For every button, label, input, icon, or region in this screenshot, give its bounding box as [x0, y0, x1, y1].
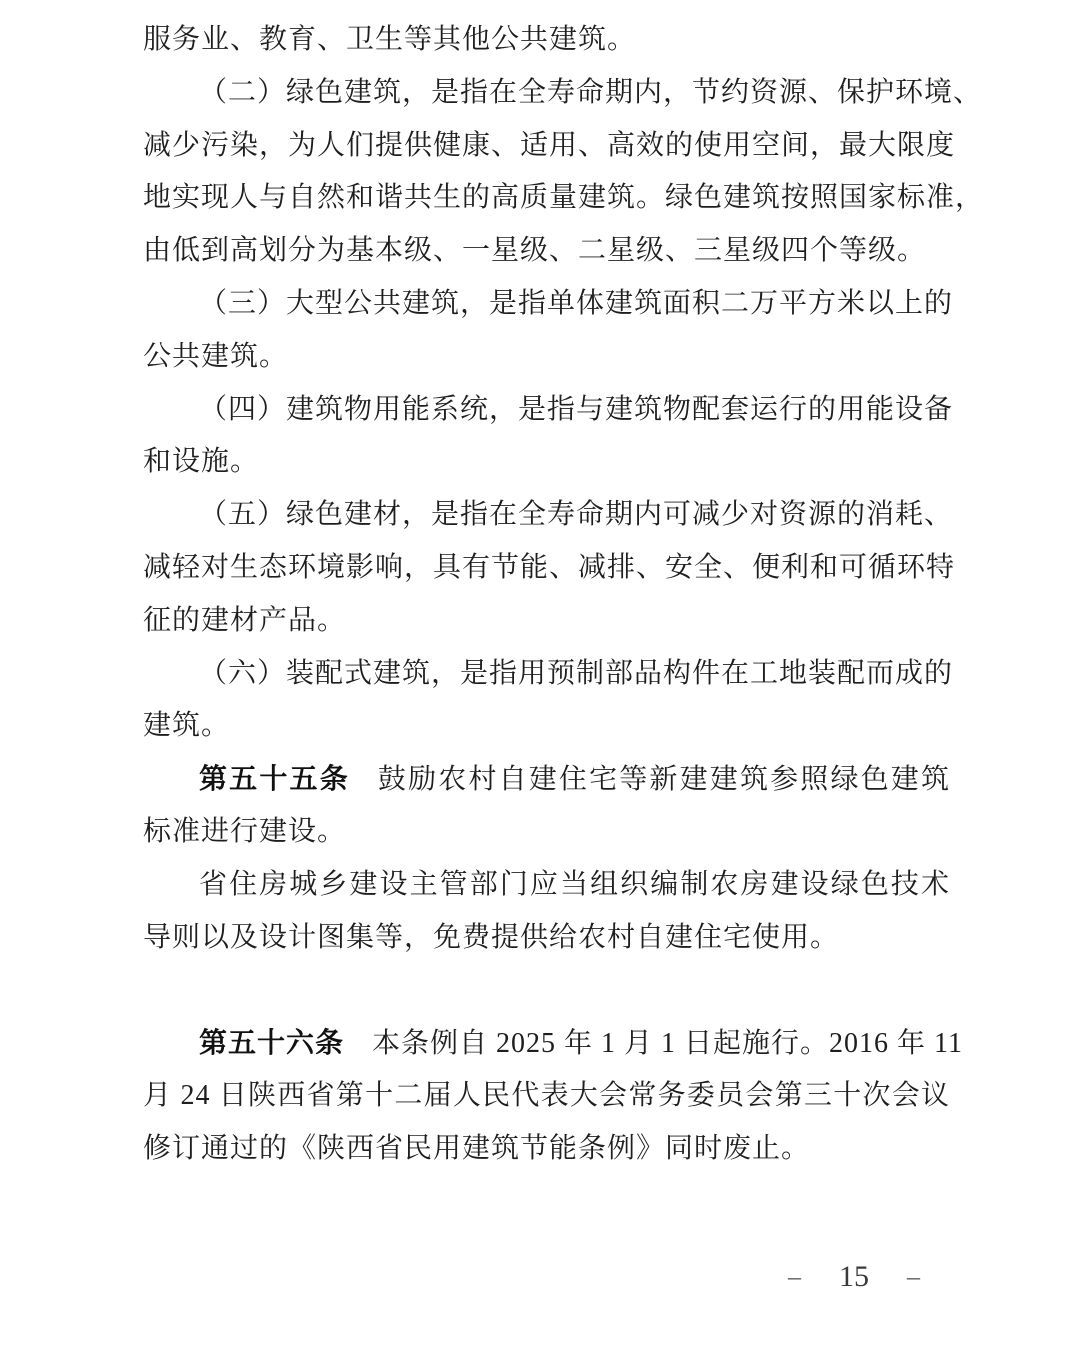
document-line: 征的建材产品。	[143, 595, 950, 648]
line-text: 鼓励农村自建住宅等新建建筑参照绿色建筑	[378, 764, 950, 795]
document-content: 服务业、教育、卫生等其他公共建筑。 （二）绿色建筑，是指在全寿命期内，节约资源、…	[143, 14, 950, 1176]
document-line: 由低到高划分为基本级、一星级、二星级、三星级四个等级。	[143, 225, 950, 278]
article-56-number: 第五十六条	[199, 1027, 344, 1058]
document-line: 减轻对生态环境影响，具有节能、减排、安全、便利和可循环特	[143, 542, 950, 595]
footer-page-number: 15	[839, 1260, 869, 1294]
document-line: （四）建筑物用能系统，是指与建筑物配套运行的用能设备	[143, 384, 950, 437]
document-line: 建筑。	[143, 700, 950, 753]
document-line: 第五十六条本条例自 2025 年 1 月 1 日起施行。2016 年 11	[143, 1017, 950, 1070]
document-line: 第五十五条鼓励农村自建住宅等新建建筑参照绿色建筑	[143, 753, 950, 806]
document-line: （五）绿色建材，是指在全寿命期内可减少对资源的消耗、	[143, 489, 950, 542]
document-line: 导则以及设计图集等，免费提供给农村自建住宅使用。	[143, 912, 950, 965]
page-footer: – 15 –	[788, 1260, 920, 1294]
document-line: 月 24 日陕西省第十二届人民代表大会常务委员会第三十次会议	[143, 1070, 950, 1123]
document-line: （二）绿色建筑，是指在全寿命期内，节约资源、保护环境、	[143, 67, 950, 120]
footer-dash-right: –	[907, 1262, 920, 1292]
article-55-number: 第五十五条	[199, 763, 350, 794]
document-line: 减少污染，为人们提供健康、适用、高效的使用空间，最大限度	[143, 120, 950, 173]
document-line: 公共建筑。	[143, 331, 950, 384]
document-line: （三）大型公共建筑，是指单体建筑面积二万平方米以上的	[143, 278, 950, 331]
document-page: 服务业、教育、卫生等其他公共建筑。 （二）绿色建筑，是指在全寿命期内，节约资源、…	[0, 0, 1080, 1350]
document-line: 省住房城乡建设主管部门应当组织编制农房建设绿色技术	[143, 859, 950, 912]
line-text: 本条例自 2025 年 1 月 1 日起施行。2016 年 11	[372, 1028, 963, 1059]
blank-line	[143, 964, 950, 1017]
document-line: 和设施。	[143, 436, 950, 489]
document-line: 地实现人与自然和谐共生的高质量建筑。绿色建筑按照国家标准，	[143, 172, 950, 225]
footer-dash-left: –	[788, 1262, 801, 1292]
document-line: （六）装配式建筑，是指用预制部品构件在工地装配而成的	[143, 648, 950, 701]
document-line: 服务业、教育、卫生等其他公共建筑。	[143, 14, 950, 67]
document-line: 修订通过的《陕西省民用建筑节能条例》同时废止。	[143, 1123, 950, 1176]
document-line: 标准进行建设。	[143, 806, 950, 859]
